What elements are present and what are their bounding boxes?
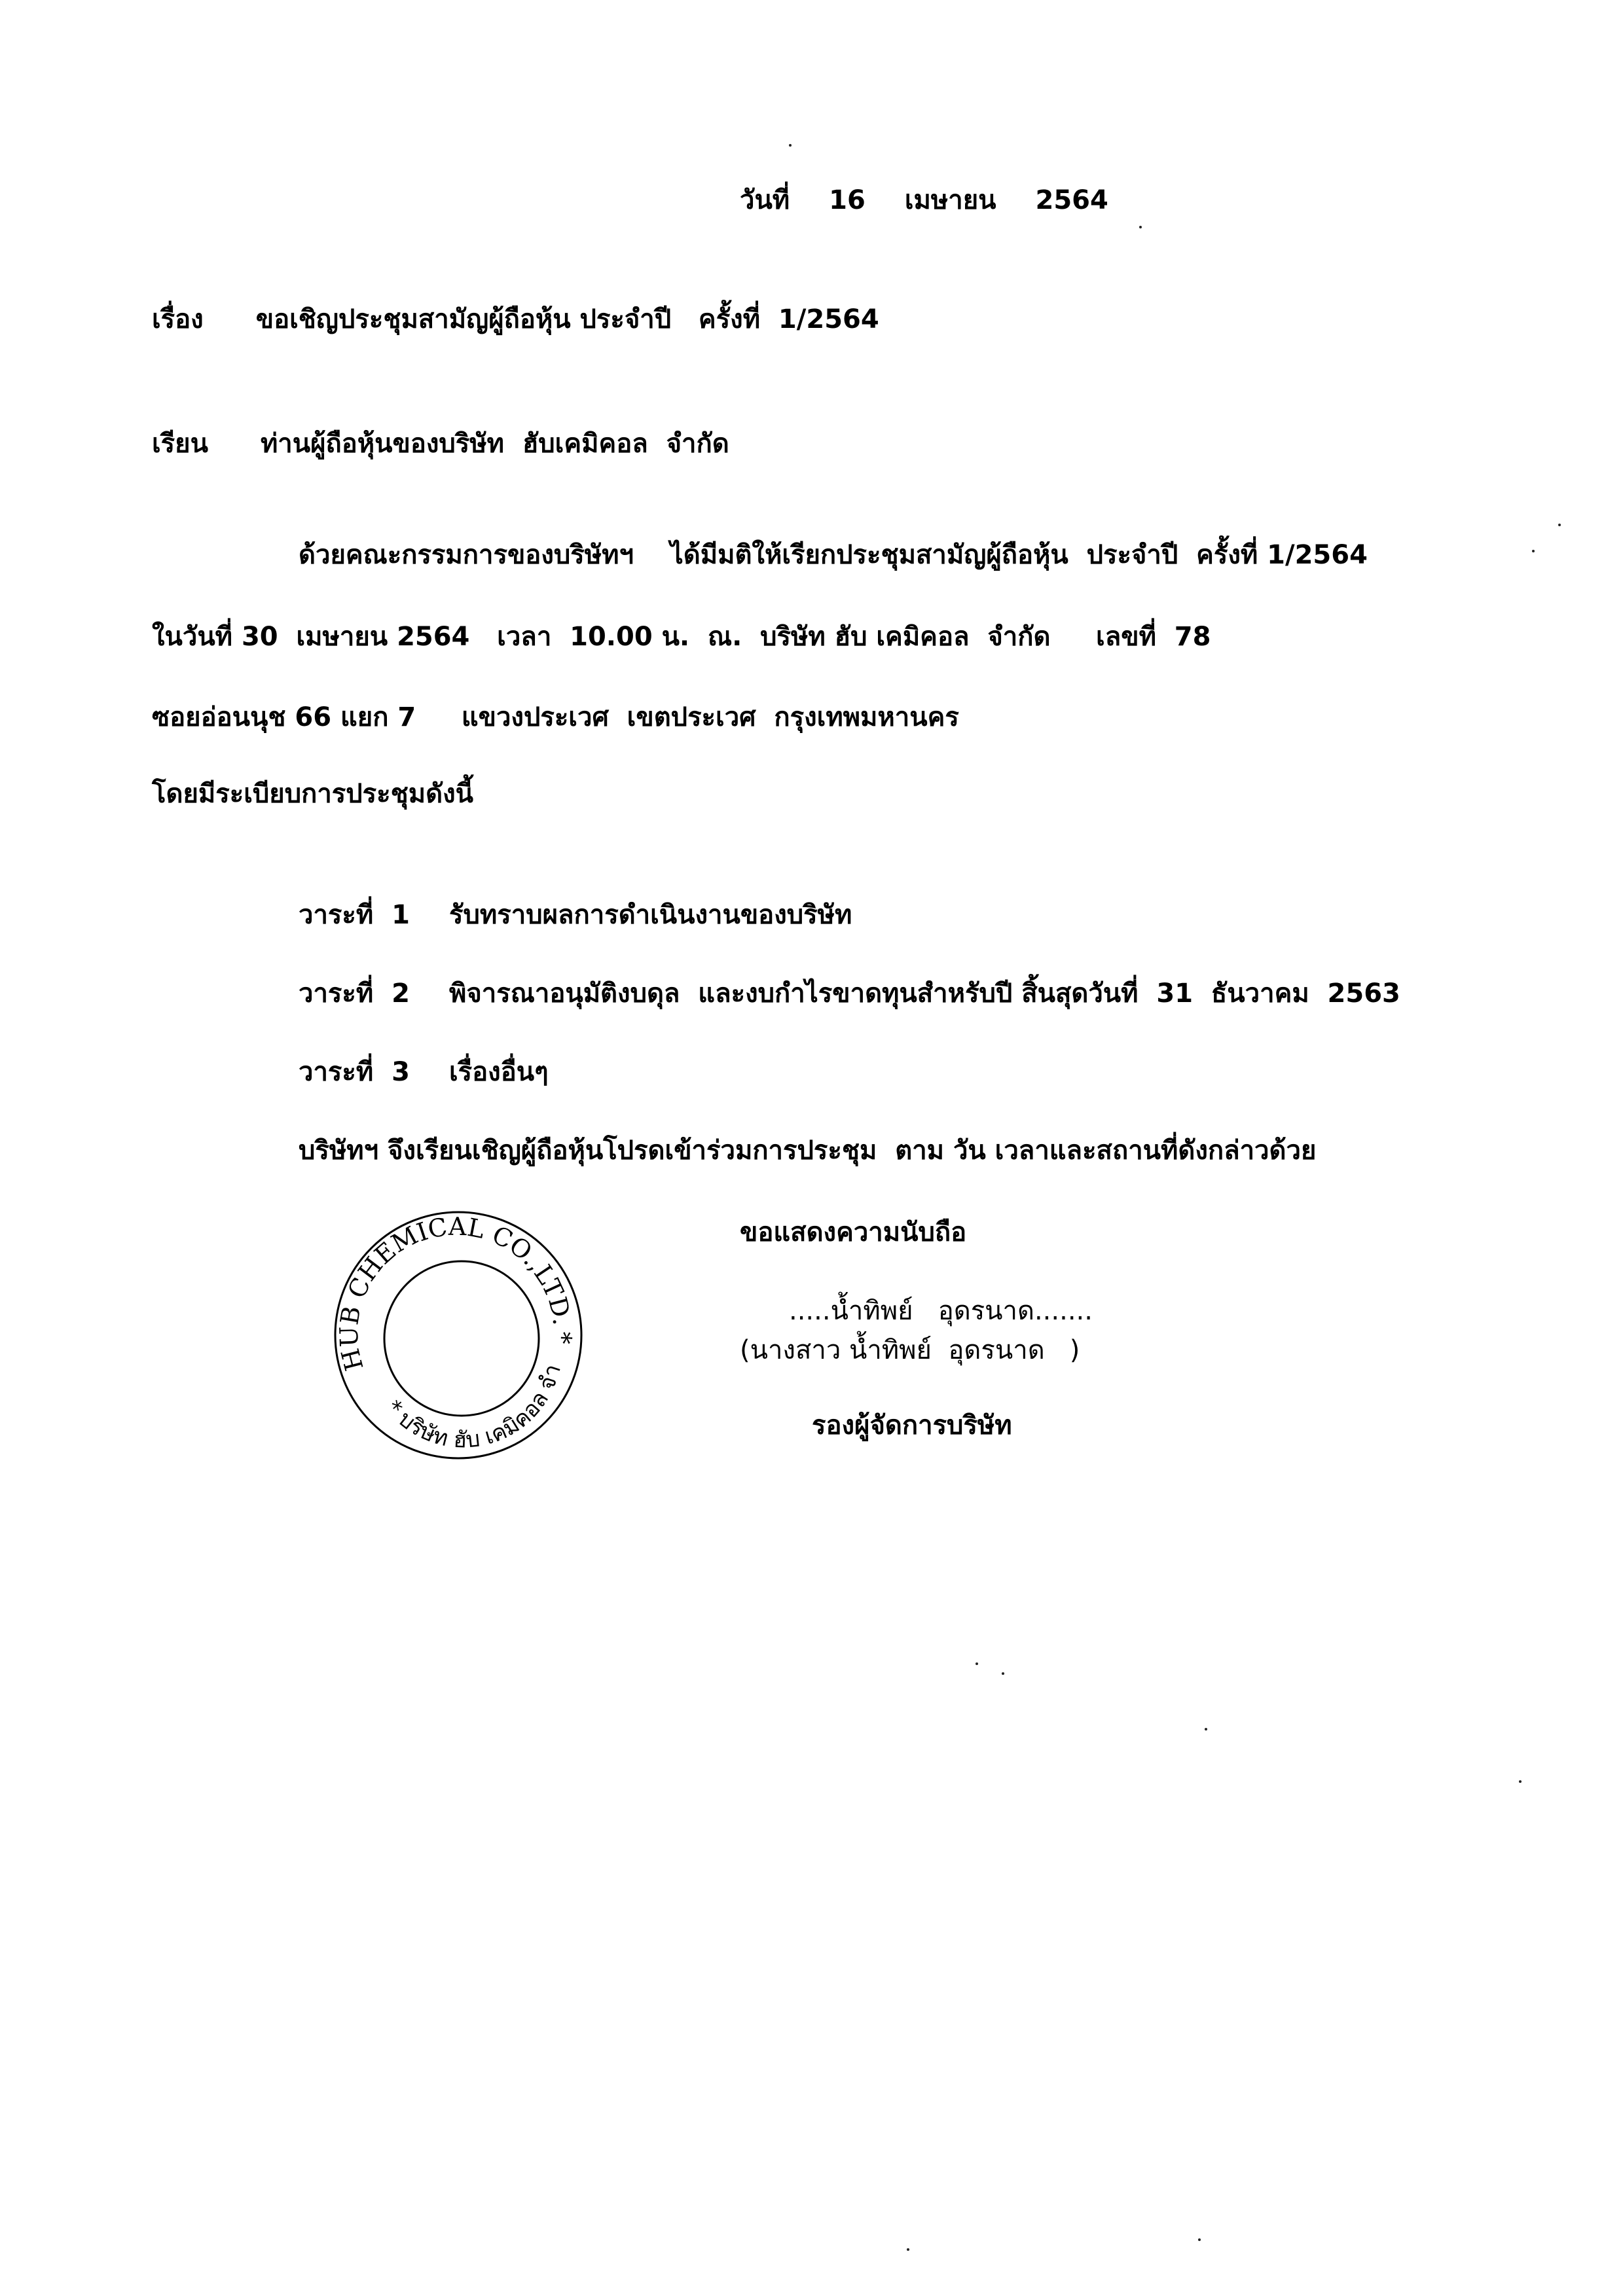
subject-text: ขอเชิญประชุมสามัญผู้ถือหุ้น ประจำปี ครั้… [256,304,879,334]
signer-name: (นางสาว น้ำทิพย์ อุดรนาด ) [740,1332,1080,1369]
subject-label: เรื่อง [152,304,204,334]
scan-speck [1558,524,1561,526]
salutation-label: เรียน [152,429,208,459]
agenda-label: วาระที่ 1 [299,897,449,933]
agenda-label: วาระที่ 2 [299,975,449,1012]
scan-speck [907,2248,909,2251]
scan-speck [1002,1672,1004,1675]
body-paragraph-line: โดยมีระเบียบการประชุมดังนี้ [152,776,473,812]
signature: .....น้ำทิพย์ อุดรนาด....... [789,1293,1093,1329]
scan-speck [1205,1728,1207,1731]
salutation-line: เรียนท่านผู้ถือหุ้นของบริษัท ฮับเคมิคอล … [152,425,729,462]
salutation-text: ท่านผู้ถือหุ้นของบริษัท ฮับเคมิคอล จำกัด [261,429,729,459]
agenda-label: วาระที่ 3 [299,1054,449,1090]
signer-title: รองผู้จัดการบริษัท [812,1407,1012,1444]
letter-date: วันที่16เมษายน2564 [740,182,1108,219]
body-paragraph-line: ในวันที่ 30 เมษายน 2564 เวลา 10.00 น. ณ.… [152,619,1211,655]
scan-speck [1139,226,1142,228]
date-day: 16 [829,185,866,215]
subject-line: เรื่องขอเชิญประชุมสามัญผู้ถือหุ้น ประจำป… [152,301,879,338]
closing-sentence: บริษัทฯ จึงเรียนเชิญผู้ถือหุ้นโปรดเข้าร่… [299,1132,1316,1169]
date-year: 2564 [1036,185,1108,215]
scan-speck [789,144,792,147]
scan-speck [1532,550,1535,552]
scan-speck [976,1662,978,1665]
company-seal-icon: HUB CHEMICAL CO.,LTD.* *บริษัท ฮับ เคมิค… [327,1204,589,1466]
date-month: เมษายน [905,185,996,215]
scan-speck [1198,2238,1201,2241]
agenda-text: เรื่องอื่นๆ [449,1057,549,1087]
agenda-text: พิจารณาอนุมัติงบดุล และงบกำไรขาดทุนสำหรั… [449,978,1400,1009]
agenda-item: วาระที่ 3เรื่องอื่นๆ [299,1054,549,1090]
scan-speck [1519,1780,1522,1783]
agenda-text: รับทราบผลการดำเนินงานของบริษัท [449,900,852,930]
body-paragraph-line: ด้วยคณะกรรมการของบริษัทฯ ได้มีมติให้เรีย… [299,537,1368,573]
agenda-item: วาระที่ 2พิจารณาอนุมัติงบดุล และงบกำไรขา… [299,975,1400,1012]
agenda-item: วาระที่ 1รับทราบผลการดำเนินงานของบริษัท [299,897,852,933]
seal-english-text: HUB CHEMICAL CO.,LTD.* [335,1212,577,1374]
closing-salutation: ขอแสดงความนับถือ [740,1214,966,1251]
date-label: วันที่ [740,185,790,215]
body-paragraph-line: ซอยอ่อนนุช 66 แยก 7 แขวงประเวศ เขตประเวศ… [152,699,959,736]
